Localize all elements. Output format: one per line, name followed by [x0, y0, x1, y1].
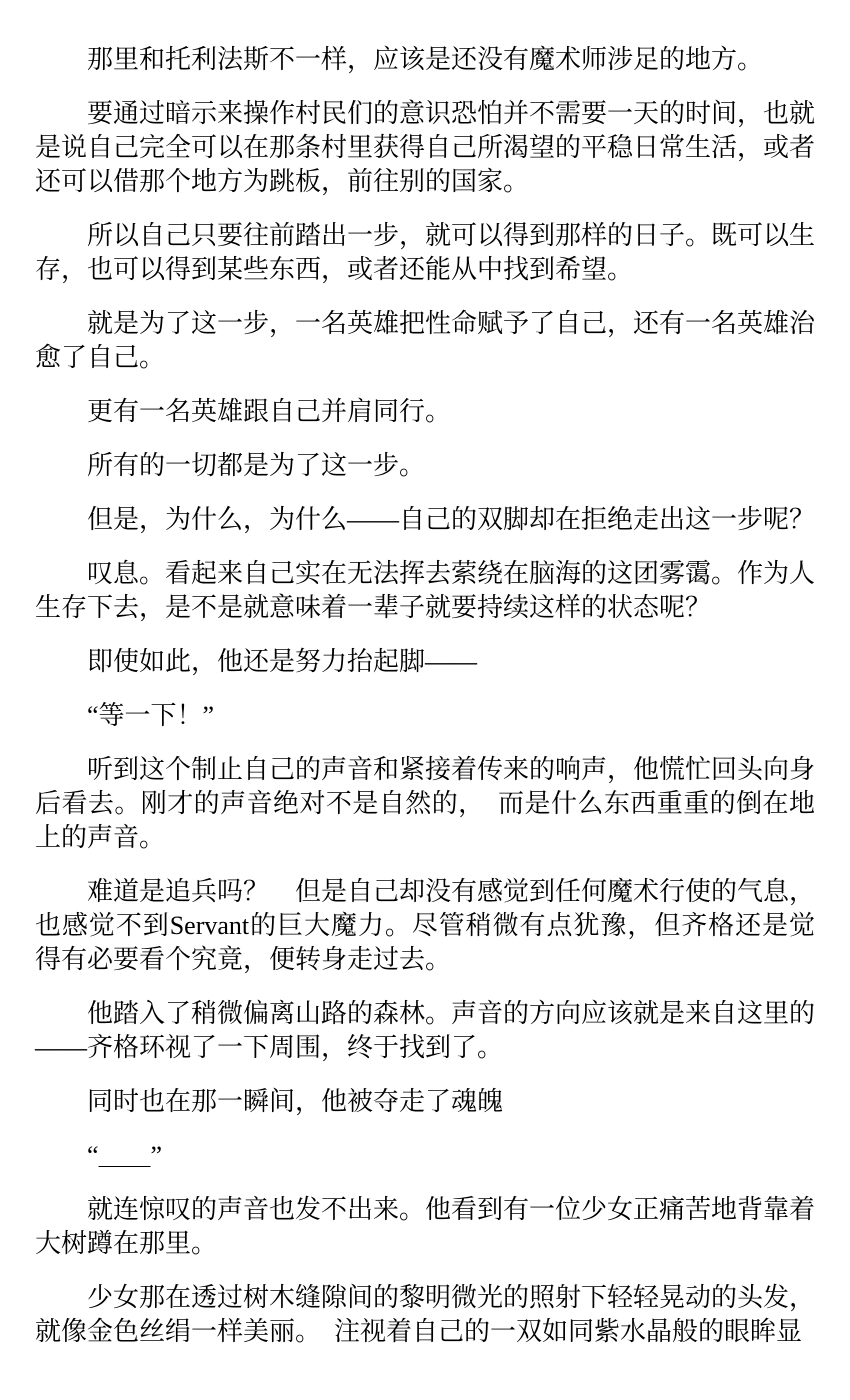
document-page: 那里和托利法斯不一样，应该是还没有魔术师涉足的地方。 要通过暗示来操作村民们的意…: [0, 0, 850, 1400]
paragraph-dialogue: “＿＿”: [35, 1139, 815, 1173]
paragraph-dialogue: “等一下！”: [35, 699, 815, 733]
paragraph: 同时也在那一瞬间，他被夺走了魂魄: [35, 1085, 815, 1119]
paragraph: 少女那在透过树木缝隙间的黎明微光的照射下轻轻晃动的头发，就像金色丝绢一样美丽。 …: [35, 1281, 815, 1349]
paragraph: 他踏入了稍微偏离山路的森林。声音的方向应该就是来自这里的——齐格环视了一下周围，…: [35, 997, 815, 1065]
paragraph: 即使如此，他还是努力抬起脚——: [35, 645, 815, 679]
paragraph: 就连惊叹的声音也发不出来。他看到有一位少女正痛苦地背靠着大树蹲在那里。: [35, 1193, 815, 1261]
paragraph: 叹息。看起来自己实在无法挥去萦绕在脑海的这团雾霭。作为人生存下去，是不是就意味着…: [35, 557, 815, 625]
paragraph: 就是为了这一步，一名英雄把性命赋予了自己，还有一名英雄治愈了自己。: [35, 307, 815, 375]
paragraph: 那里和托利法斯不一样，应该是还没有魔术师涉足的地方。: [35, 43, 815, 77]
paragraph: 所以自己只要往前踏出一步，就可以得到那样的日子。既可以生存，也可以得到某些东西，…: [35, 219, 815, 287]
paragraph: 但是，为什么，为什么——自己的双脚却在拒绝走出这一步呢？: [35, 503, 815, 537]
paragraph: 所有的一切都是为了这一步。: [35, 449, 815, 483]
paragraph: 更有一名英雄跟自己并肩同行。: [35, 395, 815, 429]
paragraph: 难道是追兵吗？ 但是自己却没有感觉到任何魔术行使的气息，也感觉不到Servant…: [35, 875, 815, 977]
paragraph: 听到这个制止自己的声音和紧接着传来的响声，他慌忙回头向身后看去。刚才的声音绝对不…: [35, 753, 815, 855]
paragraph: 要通过暗示来操作村民们的意识恐怕并不需要一天的时间，也就是说自己完全可以在那条村…: [35, 97, 815, 199]
